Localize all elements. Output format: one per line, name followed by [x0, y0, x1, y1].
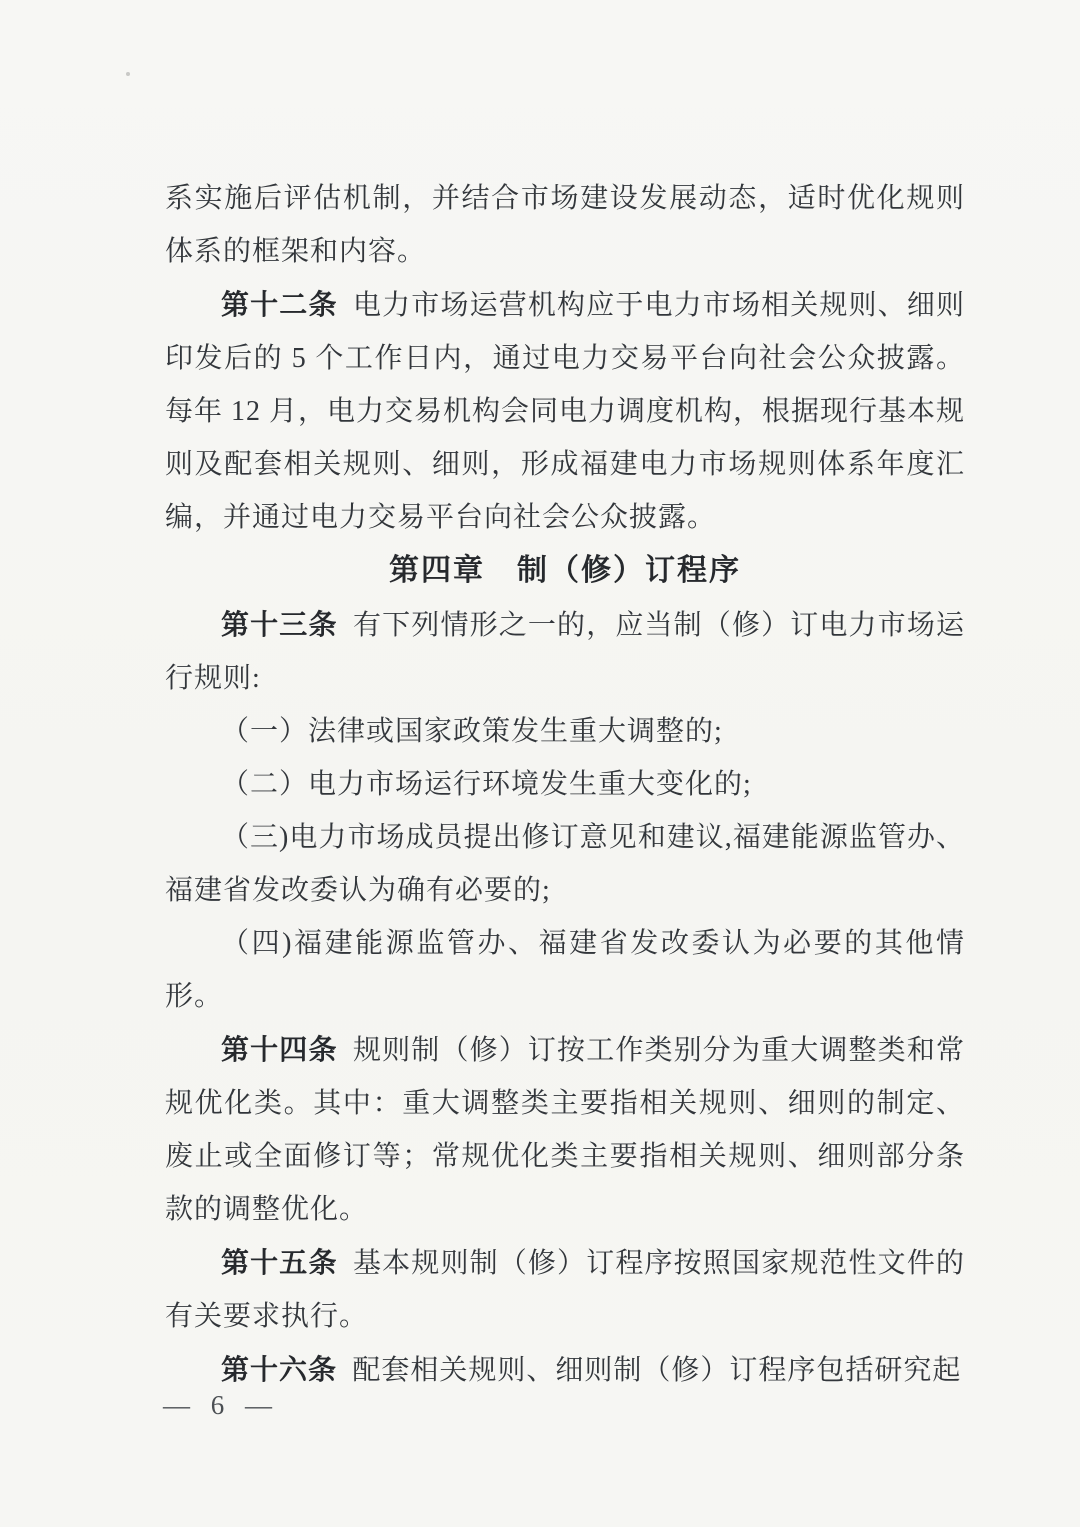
article-15-number: 第十五条	[221, 1247, 338, 1278]
article-12-text: 电力市场运营机构应于电力市场相关规则、细则印发后的 5 个工作日内，通过电力交易…	[165, 290, 965, 533]
article-16-text: 配套相关规则、细则制（修）订程序包括研究起	[352, 1355, 961, 1386]
article-13-number: 第十三条	[221, 609, 338, 640]
paragraph-article-15: 第十五条基本规则制（修）订程序按照国家规范性文件的有关要求执行。	[165, 1236, 965, 1343]
paragraph-article-12: 第十二条电力市场运营机构应于电力市场相关规则、细则印发后的 5 个工作日内，通过…	[165, 278, 965, 544]
paragraph-carryover: 系实施后评估机制，并结合市场建设发展动态，适时优化规则体系的框架和内容。	[165, 172, 965, 278]
list-item-3: （三)电力市场成员提出修订意见和建议,福建能源监管办、福建省发改委认为确有必要的…	[165, 811, 965, 917]
chapter-4-heading: 第四章 制（修）订程序	[165, 544, 965, 598]
article-12-number: 第十二条	[221, 289, 338, 320]
article-16-number: 第十六条	[221, 1354, 337, 1385]
list-item-2: （二）电力市场运行环境发生重大变化的;	[165, 758, 965, 811]
paragraph-article-14: 第十四条规则制（修）订按工作类别分为重大调整类和常规优化类。其中：重大调整类主要…	[165, 1023, 965, 1236]
list-item-4: （四)福建能源监管办、福建省发改委认为必要的其他情形。	[165, 917, 965, 1023]
scan-noise-speck	[126, 72, 130, 76]
paragraph-article-13: 第十三条有下列情形之一的，应当制（修）订电力市场运行规则:	[165, 598, 965, 705]
article-14-number: 第十四条	[221, 1034, 338, 1065]
paragraph-article-16: 第十六条配套相关规则、细则制（修）订程序包括研究起	[165, 1343, 965, 1397]
scanned-document-page: 系实施后评估机制，并结合市场建设发展动态，适时优化规则体系的框架和内容。 第十二…	[0, 0, 1080, 1527]
page-number: — 6 —	[163, 1390, 279, 1421]
document-body: 系实施后评估机制，并结合市场建设发展动态，适时优化规则体系的框架和内容。 第十二…	[165, 172, 965, 1397]
list-item-1: （一）法律或国家政策发生重大调整的;	[165, 705, 965, 758]
